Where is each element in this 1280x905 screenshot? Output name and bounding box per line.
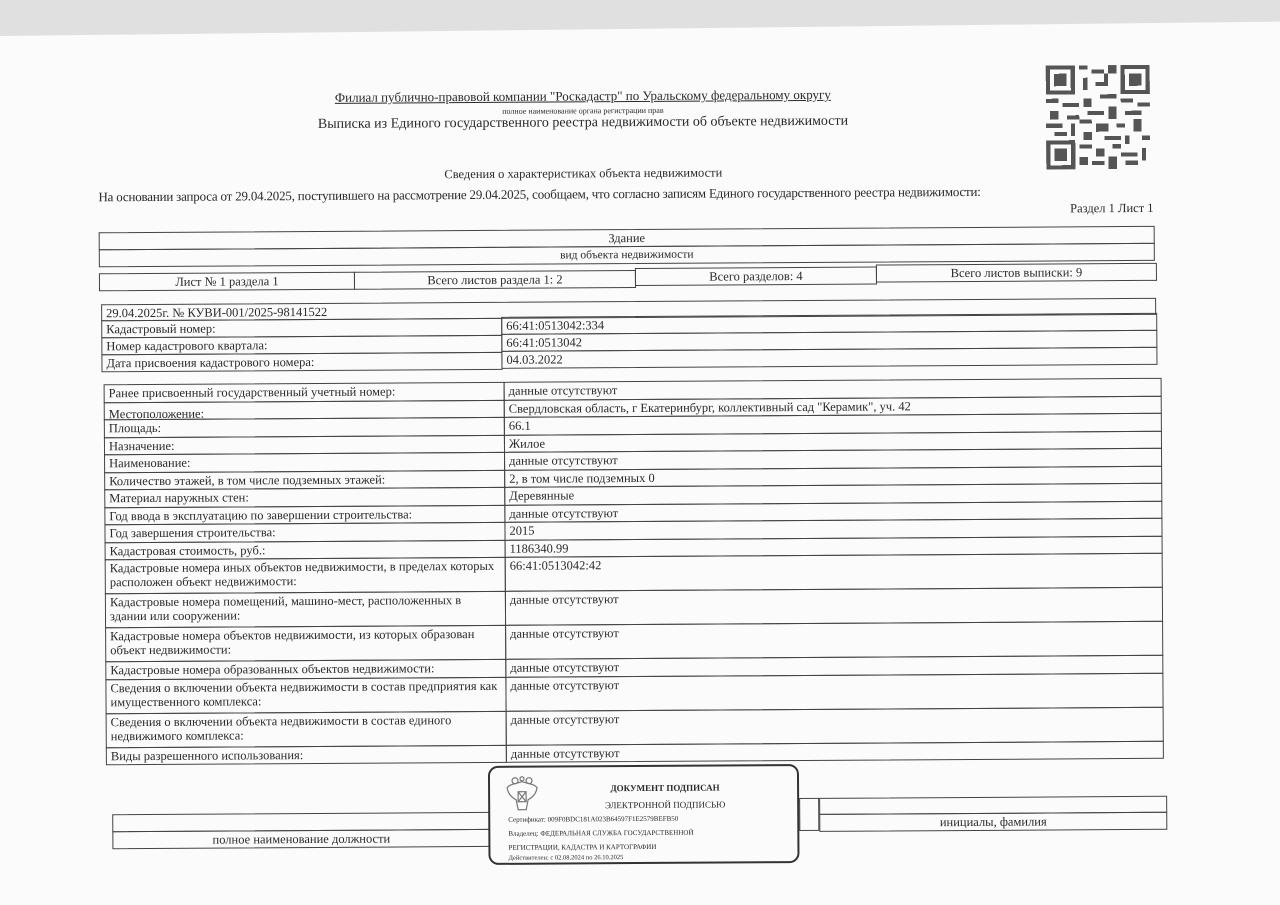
details-row-label: Виды разрешенного использования: <box>106 744 507 765</box>
document-page: Филиал публично-правовой компании "Роска… <box>0 0 1280 905</box>
details-row-label: Кадастровые номера иных объектов недвижи… <box>105 557 506 594</box>
qr-code-icon <box>1046 65 1151 170</box>
details-row-label: Сведения о включении объекта недвижимост… <box>106 710 507 747</box>
name-caption: инициалы, фамилия <box>819 812 1167 832</box>
sheet-info-cell: Всего листов выписки: 9 <box>876 263 1157 283</box>
separator-cell <box>799 798 819 831</box>
details-row-value: данные отсутствуют <box>506 740 1164 763</box>
position-caption: полное наименование должности <box>112 829 490 849</box>
details-row-value: данные отсутствуют <box>506 706 1164 745</box>
details-row-label: Сведения о включении объекта недвижимост… <box>105 676 506 713</box>
details-row-value: данные отсутствуют <box>505 621 1163 660</box>
details-row-value: данные отсутствуют <box>505 587 1163 626</box>
sheet-info-cell: Лист № 1 раздела 1 <box>99 272 355 292</box>
stamp-validity: Действителен: с 02.08.2024 по 26.10.2025 <box>508 853 798 862</box>
sheet-info-cell: Всего разделов: 4 <box>635 267 877 286</box>
stamp-certificate: Сертификат: 009F0BDC181A023B64597F1E2579… <box>508 814 798 824</box>
section-title: Сведения о характеристиках объекта недви… <box>298 165 868 183</box>
details-row-value: 66:41:0513042:42 <box>505 553 1163 592</box>
branch-name: Филиал публично-правовой компании "Роска… <box>298 87 868 106</box>
details-row-label: Кадастровые номера объектов недвижимости… <box>105 625 506 662</box>
ids-row-value: 04.03.2022 <box>501 347 1157 369</box>
ids-row-label: Дата присвоения кадастрового номера: <box>101 352 502 372</box>
request-basis-text: На основании запроса от 29.04.2025, пост… <box>98 183 1168 206</box>
sheet-info-cell: Всего листов раздела 1: 2 <box>354 270 636 290</box>
stamp-subtitle: ЭЛЕКТРОННОЙ ПОДПИСЬЮ <box>550 799 780 810</box>
stamp-owner-line2: РЕГИСТРАЦИИ, КАДАСТРА И КАРТОГРАФИИ <box>508 842 798 852</box>
document-title: Выписка из Единого государственного реес… <box>298 114 868 133</box>
state-emblem-icon <box>504 776 540 816</box>
electronic-signature-stamp: ДОКУМЕНТ ПОДПИСАН ЭЛЕКТРОННОЙ ПОДПИСЬЮ С… <box>488 764 800 865</box>
stamp-owner-line1: Владелец: ФЕДЕРАЛЬНАЯ СЛУЖБА ГОСУДАРСТВЕ… <box>508 828 798 838</box>
details-row-value: данные отсутствуют <box>505 672 1163 711</box>
sheet-reference: Раздел 1 Лист 1 <box>1070 201 1154 217</box>
details-row-label: Кадастровые номера помещений, машино-мес… <box>105 591 506 628</box>
stamp-title: ДОКУМЕНТ ПОДПИСАН <box>550 782 780 793</box>
